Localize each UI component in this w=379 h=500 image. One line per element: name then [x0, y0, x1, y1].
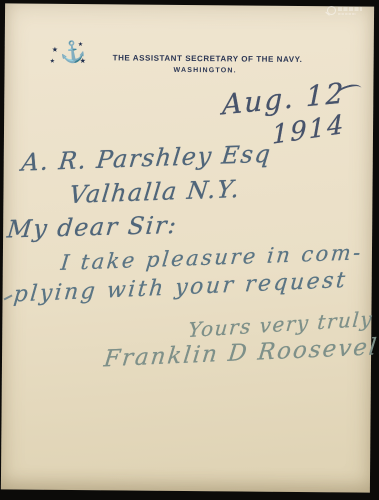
recipient-place: Valhalla N.Y. — [68, 177, 242, 207]
magnifier-icon — [325, 6, 335, 16]
anchor-icon: ⚓ — [58, 40, 87, 64]
signature: Franklin D Roosevelt — [103, 336, 379, 372]
star-icon: ★ — [50, 59, 55, 65]
watermark — [325, 6, 362, 16]
recipient-name: A. R. Parshley Esq — [20, 142, 272, 175]
salutation: My dear Sir: — [6, 213, 179, 242]
star-icon: ★ — [52, 47, 58, 54]
body-line-2: plying with your request — [13, 270, 349, 307]
letterhead-city: WASHINGTON. — [174, 67, 237, 75]
watermark-text-blocks — [338, 7, 362, 15]
navy-anchor-emblem: ★ ★ ★ ★ ⚓ — [48, 40, 92, 78]
letter-paper: ★ ★ ★ ★ ⚓ THE ASSISTANT SECRETARY OF THE… — [1, 3, 374, 492]
letterhead-title: THE ASSISTANT SECRETARY OF THE NAVY. — [113, 53, 303, 64]
handwritten-year: 1914 — [272, 112, 346, 149]
letter-photo: ★ ★ ★ ★ ⚓ THE ASSISTANT SECRETARY OF THE… — [0, 0, 379, 500]
hyphen-continuation-stroke — [4, 294, 13, 300]
